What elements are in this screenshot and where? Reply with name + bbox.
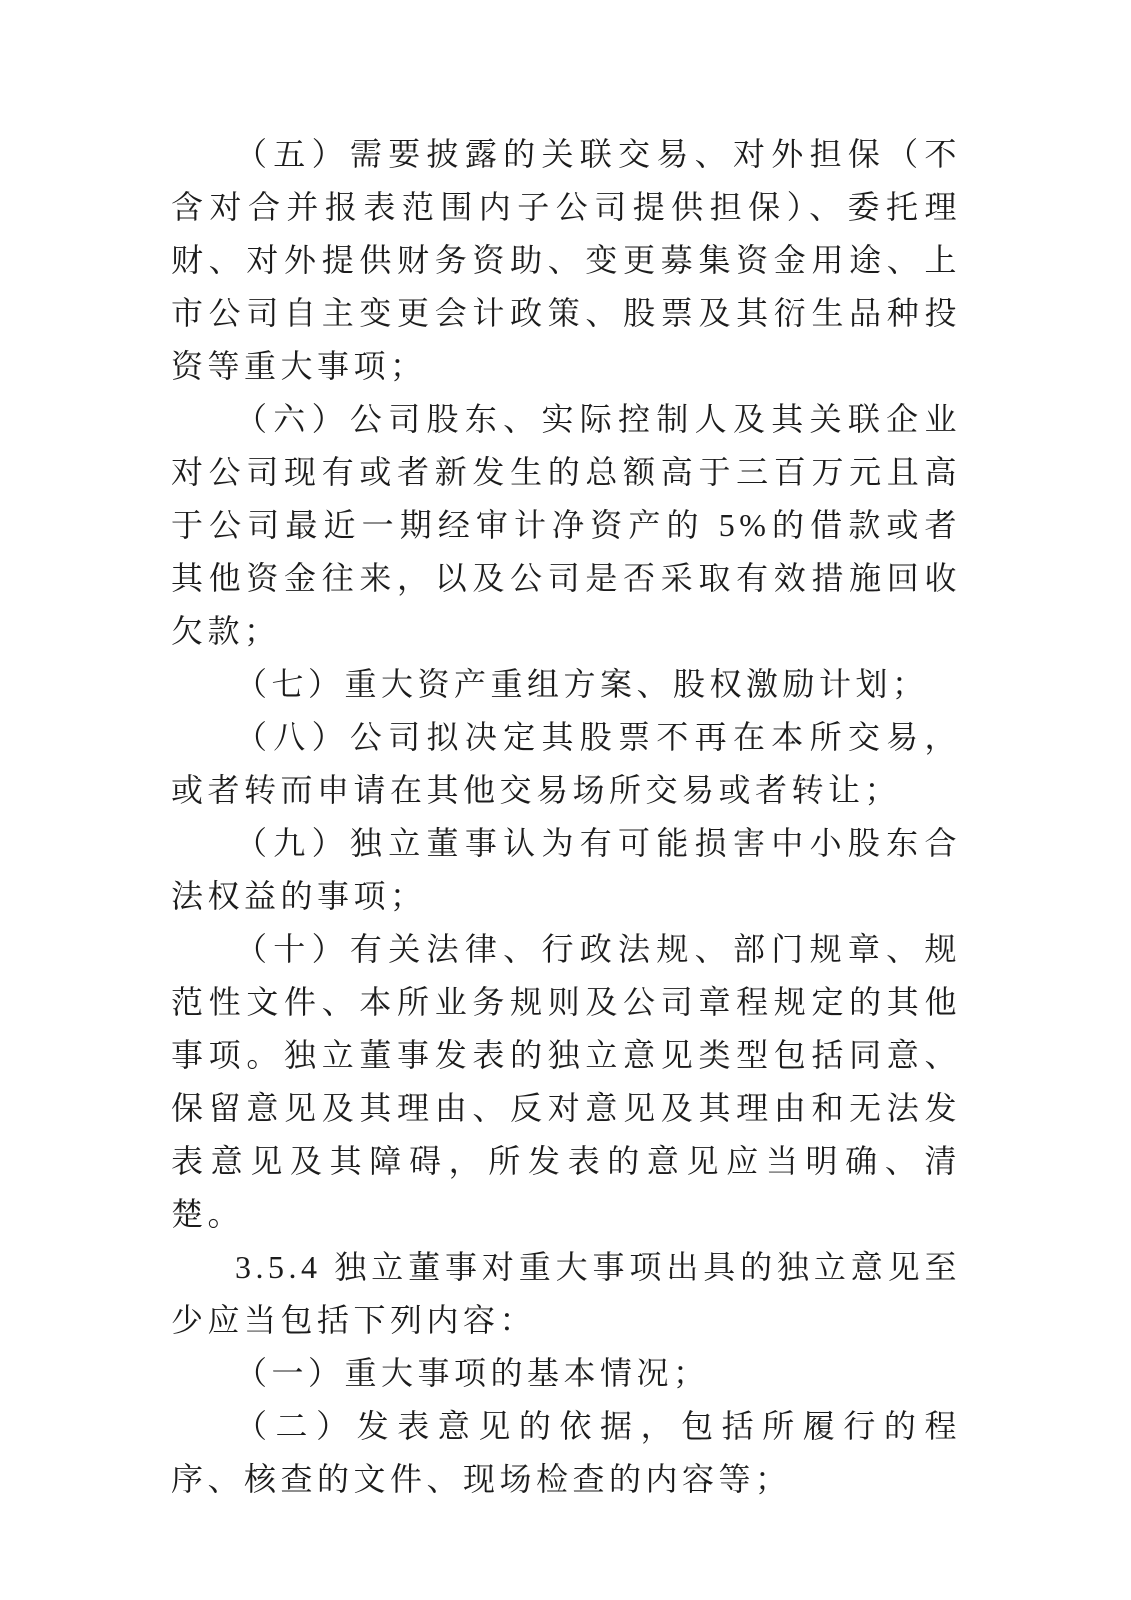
paragraph-clause-3-5-4: 3.5.4 独立董事对重大事项出具的独立意见至少应当包括下列内容： [171, 1241, 961, 1347]
document-body-text: （五）需要披露的关联交易、对外担保（不含对合并报表范围内子公司提供担保）、委托理… [171, 128, 961, 1506]
document-page: （五）需要披露的关联交易、对外担保（不含对合并报表范围内子公司提供担保）、委托理… [0, 0, 1131, 1600]
paragraph-item-6: （六）公司股东、实际控制人及其关联企业对公司现有或者新发生的总额高于三百万元且高… [171, 393, 961, 658]
paragraph-sub-item-2: （二）发表意见的依据，包括所履行的程序、核查的文件、现场检查的内容等； [171, 1400, 961, 1506]
paragraph-item-10: （十）有关法律、行政法规、部门规章、规范性文件、本所业务规则及公司章程规定的其他… [171, 923, 961, 1241]
paragraph-item-5: （五）需要披露的关联交易、对外担保（不含对合并报表范围内子公司提供担保）、委托理… [171, 128, 961, 393]
paragraph-sub-item-1: （一）重大事项的基本情况； [171, 1347, 961, 1400]
paragraph-item-7: （七）重大资产重组方案、股权激励计划； [171, 658, 961, 711]
paragraph-item-8: （八）公司拟决定其股票不再在本所交易，或者转而申请在其他交易场所交易或者转让； [171, 711, 961, 817]
paragraph-item-9: （九）独立董事认为有可能损害中小股东合法权益的事项； [171, 817, 961, 923]
